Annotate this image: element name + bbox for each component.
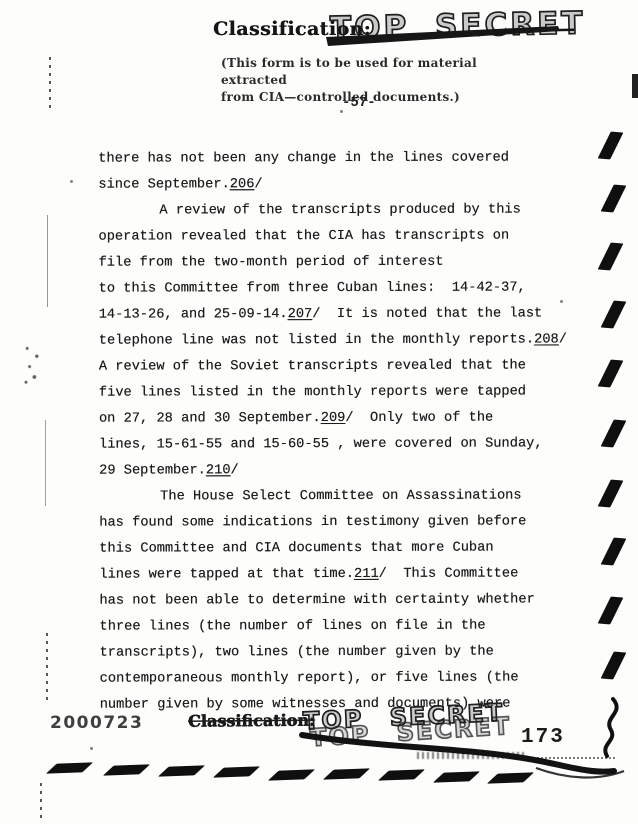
typed-line: has not been able to determine with cert… <box>99 587 579 614</box>
left-dotted-artifact <box>49 56 51 108</box>
binding-squiggle-mark <box>605 699 616 756</box>
dashed-line-artifact <box>533 757 615 759</box>
left-line-artifact <box>47 215 48 307</box>
typed-line: on 27, 28 and 30 September.209/ Only two… <box>99 405 579 432</box>
binding-mark-right <box>598 596 624 624</box>
typed-line: 14-13-26, and 25-09-14.207/ It is noted … <box>99 301 579 328</box>
binding-mark-right <box>598 242 624 270</box>
speck-artifact <box>340 110 343 113</box>
left-line-artifact <box>45 420 46 506</box>
classification-label-footer: Classification: <box>188 710 315 730</box>
typed-line: there has not been any change in the lin… <box>98 145 578 172</box>
typed-line: to this Committee from three Cuban lines… <box>99 275 579 302</box>
left-dotted-artifact <box>46 628 48 700</box>
binding-mark-right <box>598 359 624 387</box>
binding-mark-right <box>601 184 627 212</box>
typed-line: has found some indications in testimony … <box>99 509 579 536</box>
binding-mark-right <box>598 131 624 159</box>
page-number-header: -57- <box>342 95 376 111</box>
speck-artifact <box>560 300 563 303</box>
footnote-ref: 209 <box>321 411 346 426</box>
footnote-ref: 208 <box>534 332 559 347</box>
binding-mark-right <box>601 419 627 447</box>
typed-line: lines were tapped at that time.211/ This… <box>99 561 579 588</box>
typed-lines: there has not been any change in the lin… <box>98 145 579 718</box>
typed-line: operation revealed that the CIA has tran… <box>98 223 578 250</box>
top-secret-stamp: TOP SECRET <box>330 5 586 46</box>
left-dotted-artifact <box>40 778 42 818</box>
footnote-ref: 206 <box>230 177 255 192</box>
typed-line: since September.206/ <box>98 171 578 198</box>
binding-mark-bottom <box>487 772 534 783</box>
form-note-line1: (This form is to be used for material ex… <box>221 55 481 89</box>
typed-line: lines, 15-61-55 and 15-60-55 , were cove… <box>99 431 579 458</box>
typed-line: file from the two-month period of intere… <box>99 249 579 276</box>
speck-artifact <box>70 180 73 183</box>
edge-bar-artifact <box>632 74 638 98</box>
typed-line: contemporaneous monthly report), or five… <box>100 665 580 692</box>
binding-mark-right <box>601 300 627 328</box>
typed-line: A review of the transcripts produced by … <box>98 197 578 224</box>
record-number-stamp: 2000723 <box>50 713 143 733</box>
binding-mark-bottom <box>46 762 93 773</box>
binding-mark-bottom <box>158 765 205 776</box>
speck-artifact <box>90 747 93 750</box>
smudge-cluster-artifact <box>20 338 44 390</box>
typed-line: The House Select Committee on Assassinat… <box>99 483 579 510</box>
binding-mark-right <box>601 651 627 679</box>
binding-mark-bottom <box>323 768 370 779</box>
typed-line: three lines (the number of lines on file… <box>99 613 579 640</box>
binding-mark-bottom <box>268 769 315 780</box>
footnote-ref: 211 <box>354 567 379 582</box>
footnote-ref: 207 <box>288 307 313 322</box>
typed-line: A review of the Soviet transcripts revea… <box>99 353 579 380</box>
strike-swoosh-tail <box>536 768 624 777</box>
binding-mark-bottom <box>213 766 260 777</box>
binding-mark-bottom <box>433 771 480 782</box>
footnote-ref: 210 <box>206 463 231 478</box>
binding-mark-right <box>598 479 624 507</box>
typed-line: telephone line was not listed in the mon… <box>99 327 579 354</box>
typed-line: transcripts), two lines (the number give… <box>100 639 580 666</box>
typed-line: five lines listed in the monthly reports… <box>99 379 579 406</box>
scanned-document-page: Classification: TOP SECRET (This form is… <box>0 0 638 824</box>
binding-mark-right <box>601 537 627 565</box>
binding-mark-bottom <box>103 764 150 775</box>
page-number-footer: 173 <box>521 726 565 749</box>
illegible-fine-print-smudge <box>417 752 527 759</box>
binding-mark-bottom <box>378 769 425 780</box>
typed-line: 29 September.210/ <box>99 457 579 484</box>
typed-line: this Committee and CIA documents that mo… <box>99 535 579 562</box>
